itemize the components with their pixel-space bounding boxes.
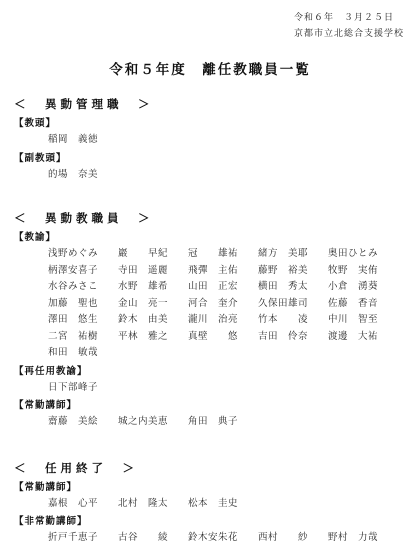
staff-name: 加藤 聖也: [48, 296, 118, 313]
document-page: 令和６年 ３月２５日 京都市立北総合支援学校 令和５年度 離任教職員一覧 ＜ 異…: [0, 0, 420, 547]
group-label: 【再任用教諭】: [0, 364, 420, 380]
staff-name: 北村 隆太: [118, 496, 188, 513]
staff-name: 牧野 実侑: [328, 263, 398, 280]
staff-name: 嘉根 心平: [48, 496, 118, 513]
staff-name: 吉田 伶奈: [258, 329, 328, 346]
staff-name: 鈴木 由美: [118, 312, 188, 329]
staff-group: 【教頭】稲岡 義徳: [0, 116, 420, 149]
staff-group: 【再任用教諭】日下部峰子: [0, 364, 420, 397]
group-label: 【教頭】: [0, 116, 420, 132]
name-grid: 的場 奈美: [0, 167, 420, 184]
staff-name: 河合 奎介: [188, 296, 258, 313]
staff-name: 小倉 湧葵: [328, 279, 398, 296]
staff-name: 山田 正宏: [188, 279, 258, 296]
document-date: 令和６年 ３月２５日: [294, 9, 404, 25]
section: ＜ 異動教職員 ＞【教諭】浅野めぐみ巖 早紀冠 雄祐緒方 美耶奥田ひとみ柄澤安喜…: [0, 210, 420, 431]
sections: ＜ 異動管理職 ＞【教頭】稲岡 義徳【副教頭】的場 奈美＜ 異動教職員 ＞【教諭…: [0, 96, 420, 547]
section-heading: ＜ 任用終了 ＞: [0, 460, 420, 478]
staff-name: 飛彈 主佑: [188, 263, 258, 280]
staff-group: 【常勤講師】齋藤 美絵城之内美恵角田 典子: [0, 398, 420, 431]
staff-name: 角田 典子: [188, 414, 258, 431]
name-grid: 日下部峰子: [0, 380, 420, 397]
staff-name: 和田 敏哉: [48, 345, 118, 362]
staff-name: 鈴木安朱花: [188, 530, 258, 547]
staff-name: 横田 秀太: [258, 279, 328, 296]
staff-name: 稲岡 義徳: [48, 132, 118, 149]
name-grid: 折戸千恵子古谷 綾鈴木安朱花西村 紗野村 力哉: [0, 530, 420, 547]
section: ＜ 任用終了 ＞【常勤講師】嘉根 心平北村 隆太松本 圭史【非常勤講師】折戸千恵…: [0, 460, 420, 547]
group-label: 【常勤講師】: [0, 398, 420, 414]
group-label: 【教諭】: [0, 230, 420, 246]
staff-name: 城之内美恵: [118, 414, 188, 431]
staff-group: 【教諭】浅野めぐみ巖 早紀冠 雄祐緒方 美耶奥田ひとみ柄澤安喜子寺田 遥麗飛彈 …: [0, 230, 420, 362]
staff-name: 折戸千恵子: [48, 530, 118, 547]
name-grid: 嘉根 心平北村 隆太松本 圭史: [0, 496, 420, 513]
staff-name: 平林 雅之: [118, 329, 188, 346]
group-label: 【副教頭】: [0, 151, 420, 167]
staff-name: 佐藤 香音: [328, 296, 398, 313]
staff-name: 寺田 遥麗: [118, 263, 188, 280]
staff-name: 日下部峰子: [48, 380, 118, 397]
staff-name: 渡邊 大祐: [328, 329, 398, 346]
staff-name: 松本 圭史: [188, 496, 258, 513]
staff-name: 瀧川 治亮: [188, 312, 258, 329]
name-grid: 稲岡 義徳: [0, 132, 420, 149]
staff-name: 西村 紗: [258, 530, 328, 547]
section-heading: ＜ 異動管理職 ＞: [0, 96, 420, 114]
school-name: 京都市立北総合支援学校: [294, 25, 404, 41]
section: ＜ 異動管理職 ＞【教頭】稲岡 義徳【副教頭】的場 奈美: [0, 96, 420, 183]
staff-group: 【非常勤講師】折戸千恵子古谷 綾鈴木安朱花西村 紗野村 力哉: [0, 514, 420, 547]
staff-name: 古谷 綾: [118, 530, 188, 547]
staff-name: 金山 亮一: [118, 296, 188, 313]
staff-name: 中川 智至: [328, 312, 398, 329]
staff-name: 柄澤安喜子: [48, 263, 118, 280]
section-heading: ＜ 異動教職員 ＞: [0, 210, 420, 228]
staff-name: 水野 雄希: [118, 279, 188, 296]
staff-name: 浅野めぐみ: [48, 246, 118, 263]
staff-name: 竹本 凌: [258, 312, 328, 329]
staff-name: 真壁 悠: [188, 329, 258, 346]
staff-group: 【副教頭】的場 奈美: [0, 151, 420, 184]
staff-name: 的場 奈美: [48, 167, 118, 184]
name-grid: 浅野めぐみ巖 早紀冠 雄祐緒方 美耶奥田ひとみ柄澤安喜子寺田 遥麗飛彈 主佑藤野…: [0, 246, 420, 362]
staff-name: 齋藤 美絵: [48, 414, 118, 431]
staff-group: 【常勤講師】嘉根 心平北村 隆太松本 圭史: [0, 480, 420, 513]
staff-name: 水谷みさこ: [48, 279, 118, 296]
document-header: 令和６年 ３月２５日 京都市立北総合支援学校: [294, 9, 404, 41]
staff-name: 冠 雄祐: [188, 246, 258, 263]
name-grid: 齋藤 美絵城之内美恵角田 典子: [0, 414, 420, 431]
staff-name: 藤野 裕美: [258, 263, 328, 280]
staff-name: 緒方 美耶: [258, 246, 328, 263]
group-label: 【非常勤講師】: [0, 514, 420, 530]
group-label: 【常勤講師】: [0, 480, 420, 496]
staff-name: 久保田雄司: [258, 296, 328, 313]
staff-name: 奥田ひとみ: [328, 246, 398, 263]
staff-name: 巖 早紀: [118, 246, 188, 263]
page-title: 令和５年度 離任教職員一覧: [0, 58, 420, 78]
staff-name: 澤田 悠生: [48, 312, 118, 329]
staff-name: 二宮 祐樹: [48, 329, 118, 346]
staff-name: 野村 力哉: [328, 530, 398, 547]
